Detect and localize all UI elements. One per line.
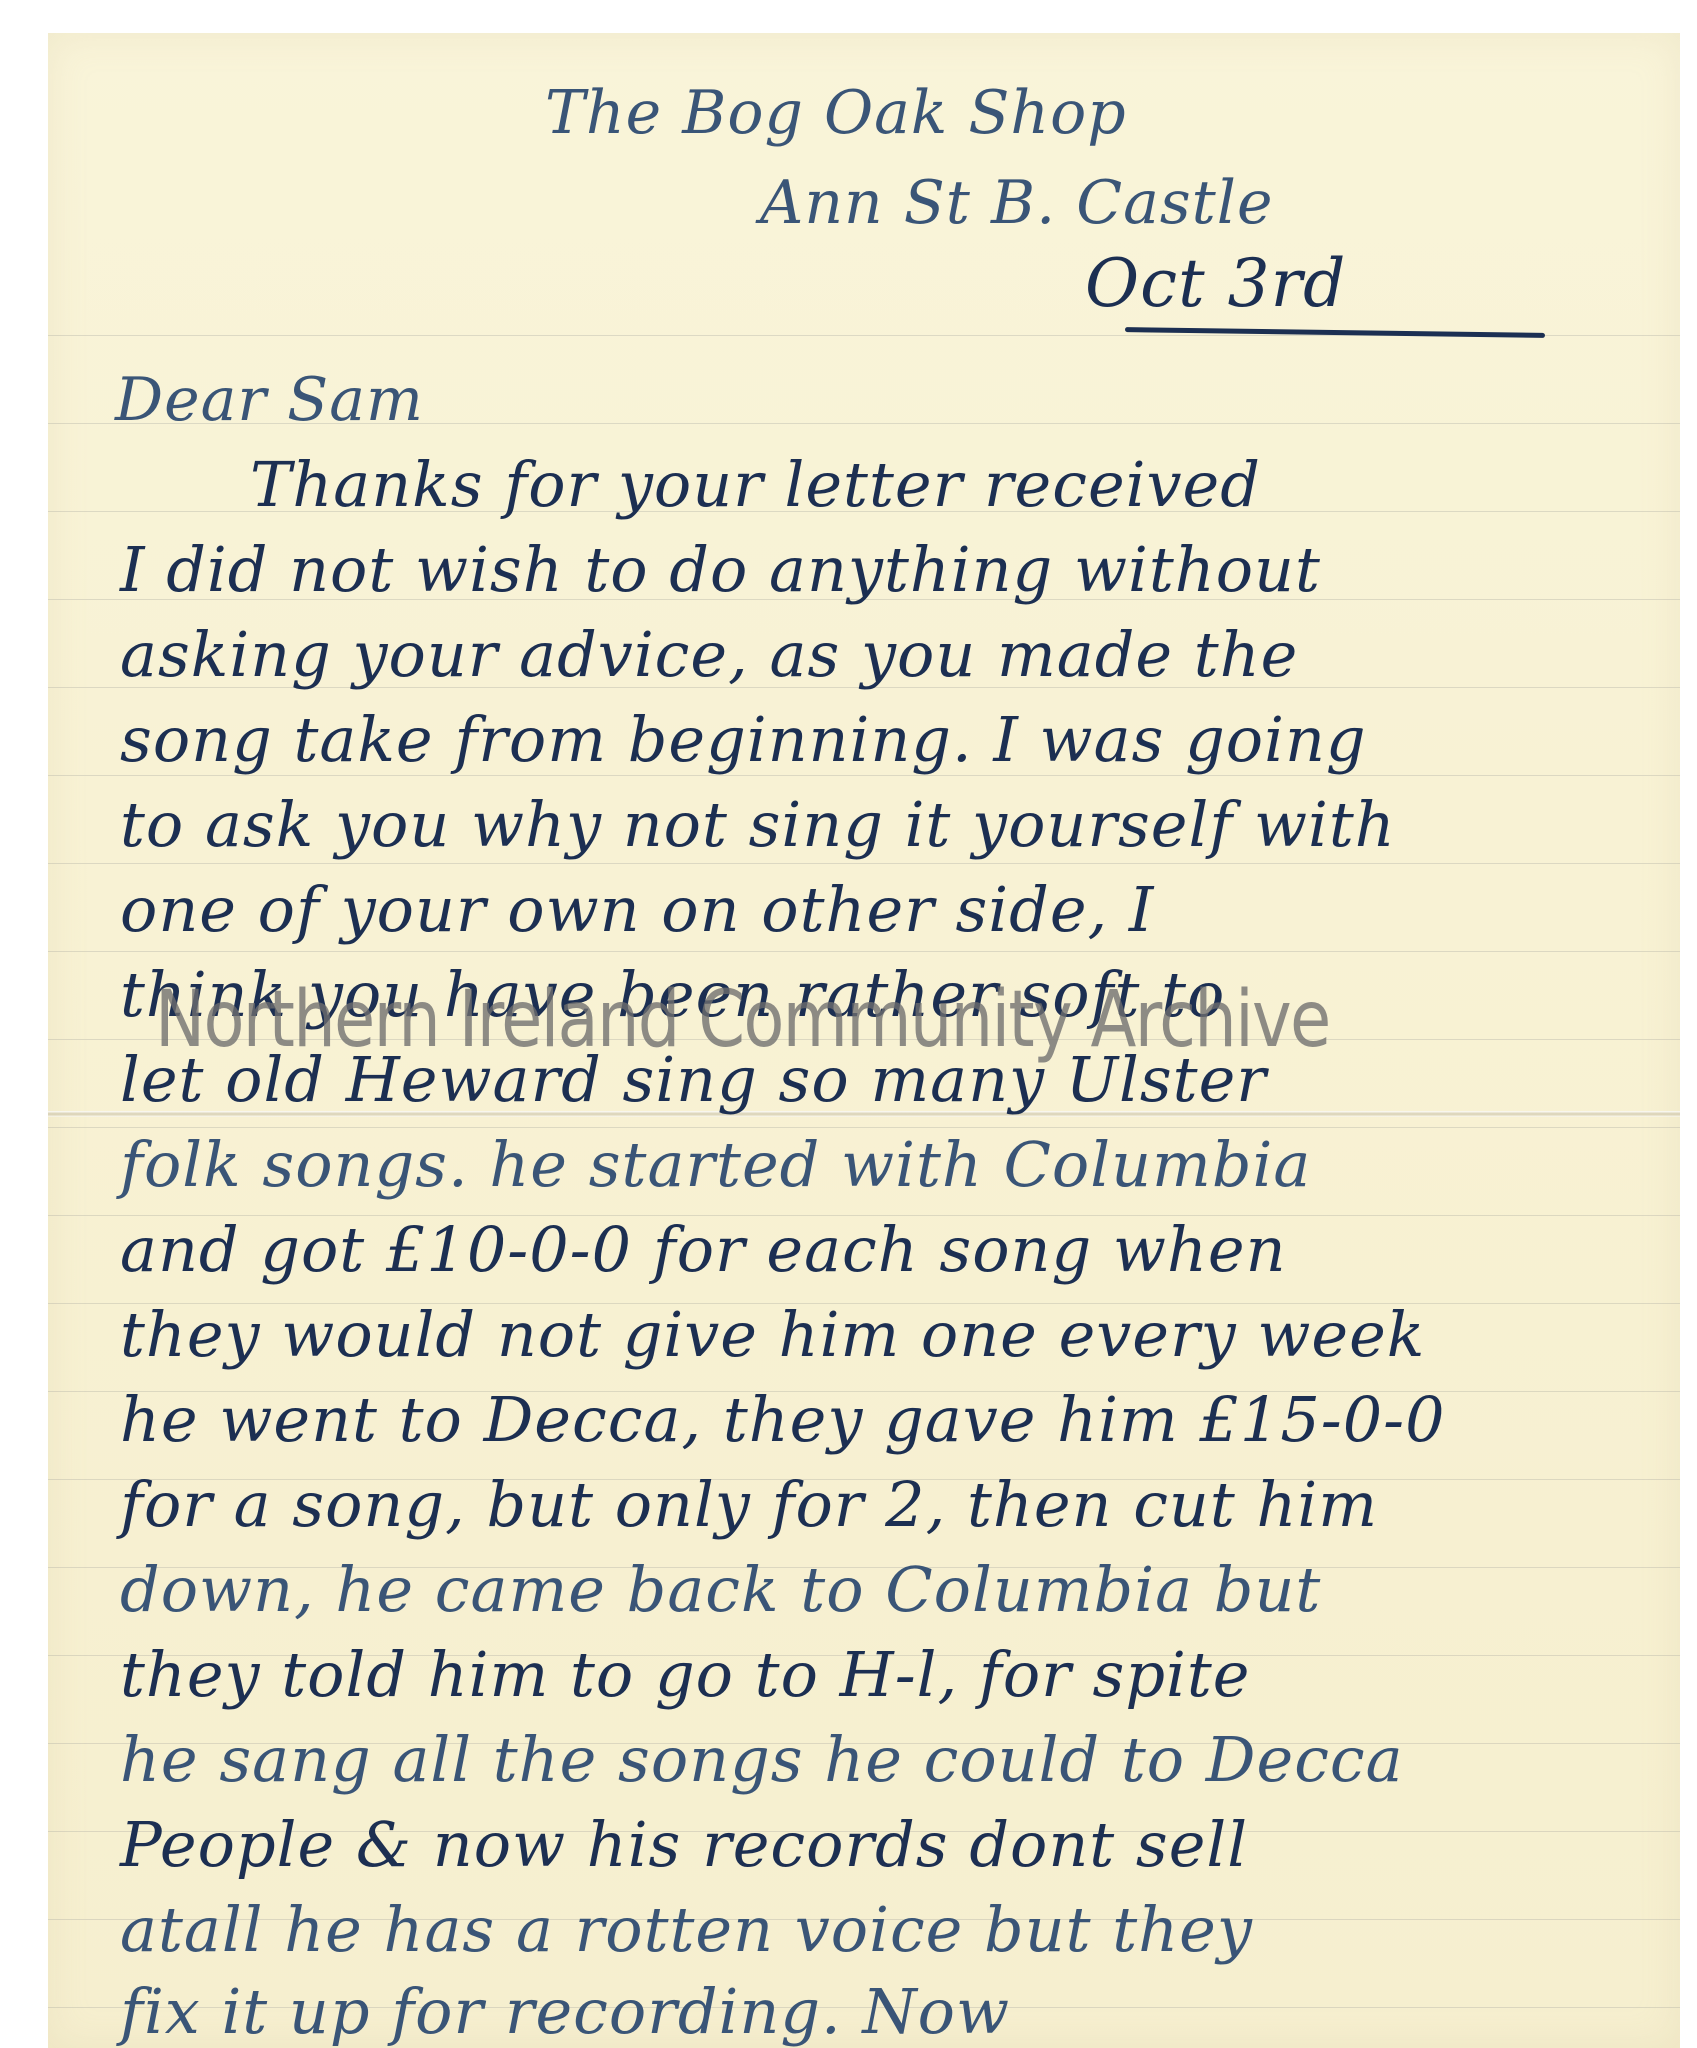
body-line: they would not give him one every week <box>120 1298 1425 1371</box>
body-line: he sang all the songs he could to Decca <box>120 1723 1404 1796</box>
body-line: one of your own on other side, I <box>120 873 1154 946</box>
letterhead-address: Ann St B. Castle <box>760 168 1274 238</box>
archive-watermark: Northern Ireland Community Archive <box>155 975 1330 1065</box>
letter-date: Oct 3rd <box>1085 245 1346 322</box>
body-line: atall he has a rotten voice but they <box>120 1893 1253 1966</box>
body-line: for a song, but only for 2, then cut him <box>120 1468 1378 1541</box>
ruled-line <box>48 951 1680 952</box>
body-line: asking your advice, as you made the <box>120 618 1298 691</box>
letterhead-shop-name: The Bog Oak Shop <box>545 78 1127 148</box>
body-line: down, he came back to Columbia but <box>120 1553 1321 1626</box>
body-line: he went to Decca, they gave him £15-0-0 <box>120 1383 1446 1456</box>
body-line: song take from beginning. I was going <box>120 703 1367 776</box>
salutation: Dear Sam <box>115 365 424 435</box>
body-line: People & now his records dont sell <box>120 1808 1248 1881</box>
body-line: fix it up for recording. Now <box>120 1975 1010 2048</box>
body-line: folk songs. he started with Columbia <box>120 1128 1311 1201</box>
body-line: and got £10-0-0 for each song when <box>120 1213 1287 1286</box>
body-line: they told him to go to H-l, for spite <box>120 1638 1250 1711</box>
body-line: I did not wish to do anything without <box>120 533 1321 606</box>
ruled-line <box>48 863 1680 864</box>
body-line: Thanks for your letter received <box>250 448 1261 521</box>
body-line: to ask you why not sing it yourself with <box>120 788 1396 861</box>
